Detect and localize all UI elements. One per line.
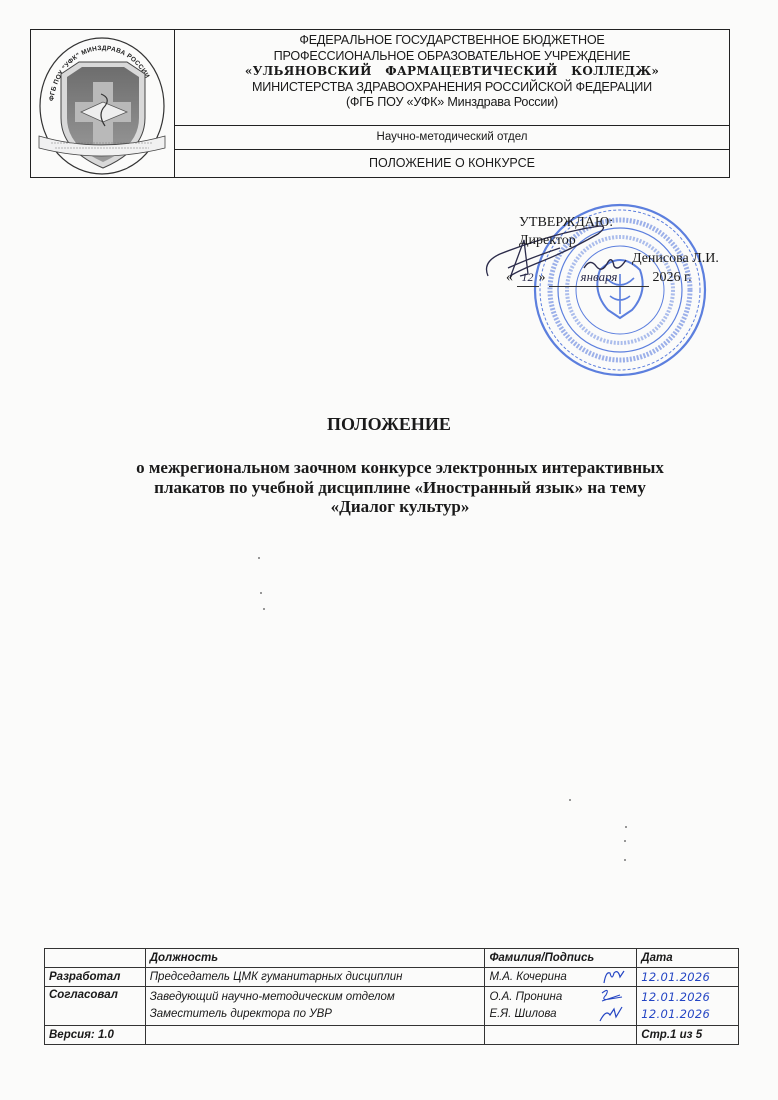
approval-year: 2026 г.: [653, 270, 692, 285]
college-emblem-icon: ФГБ ПОУ "УФК" МИНЗДРАВА РОССИИ: [31, 30, 173, 177]
row-date: 12.01.2026 12.01.2026: [637, 987, 739, 1026]
organization-name: ФЕДЕРАЛЬНОЕ ГОСУДАРСТВЕННОЕ БЮДЖЕТНОЕ ПР…: [175, 30, 729, 126]
column-header-date: Дата: [637, 949, 739, 968]
org-short-name: (ФГБ ПОУ «УФК» Минздрава России): [175, 95, 729, 111]
table-header-row: Должность Фамилия/Подпись Дата: [45, 949, 739, 968]
approval-sheet-table: Должность Фамилия/Подпись Дата Разработа…: [44, 948, 739, 1045]
document-title: ПОЛОЖЕНИЕ: [0, 414, 778, 435]
signature-icon: [596, 987, 628, 1023]
department-name: Научно-методический отдел: [175, 126, 729, 150]
subtitle-line-1: о межрегиональном заочном конкурсе элект…: [40, 458, 760, 478]
row-name: О.А. Пронина Е.Я. Шилова: [485, 987, 637, 1026]
approval-month: января: [549, 268, 649, 287]
scan-speck: [624, 859, 626, 861]
org-line-2: ПРОФЕССИОНАЛЬНОЕ ОБРАЗОВАТЕЛЬНОЕ УЧРЕЖДЕ…: [175, 49, 729, 65]
table-footer-row: Версия: 1.0 Стр.1 из 5: [45, 1026, 739, 1045]
approval-block: УТВЕРЖДАЮ: Директор Денисова Л.И. « 12» …: [519, 214, 719, 287]
approver-position: Директор: [519, 232, 719, 250]
scan-speck: [625, 826, 627, 828]
approver-name: Денисова Л.И.: [519, 250, 719, 268]
table-row: Согласовал Заведующий научно-методически…: [45, 987, 739, 1026]
document-header-table: ФГБ ПОУ "УФК" МИНЗДРАВА РОССИИ ФЕДЕРАЛЬН…: [30, 29, 730, 178]
column-header-position: Должность: [145, 949, 485, 968]
table-row: Разработал Председатель ЦМК гуманитарных…: [45, 968, 739, 987]
scan-speck: [624, 840, 626, 842]
logo-cell: ФГБ ПОУ "УФК" МИНЗДРАВА РОССИИ: [31, 30, 175, 177]
approval-label: УТВЕРЖДАЮ:: [519, 214, 719, 232]
org-line-4: МИНИСТЕРСТВА ЗДРАВООХРАНЕНИЯ РОССИЙСКОЙ …: [175, 80, 729, 96]
scan-speck: [258, 557, 260, 559]
approval-date: « 12» января 2026 г.: [506, 268, 719, 287]
version-label: Версия: 1.0: [45, 1026, 146, 1045]
scan-speck: [569, 799, 571, 801]
org-line-1: ФЕДЕРАЛЬНОЕ ГОСУДАРСТВЕННОЕ БЮДЖЕТНОЕ: [175, 33, 729, 49]
subtitle-line-3: «Диалог культур»: [40, 497, 760, 517]
row-role: Разработал: [45, 968, 146, 987]
row-name: М.А. Кочерина: [485, 968, 637, 987]
row-role: Согласовал: [45, 987, 146, 1026]
approval-day: 12: [517, 268, 539, 287]
row-position: Председатель ЦМК гуманитарных дисциплин: [145, 968, 485, 987]
scan-speck: [260, 592, 262, 594]
document-type: ПОЛОЖЕНИЕ О КОНКУРСЕ: [175, 150, 729, 177]
document-subtitle: о межрегиональном заочном конкурсе элект…: [40, 458, 760, 517]
page-number: Стр.1 из 5: [637, 1026, 739, 1045]
subtitle-line-2: плакатов по учебной дисциплине «Иностран…: [40, 478, 760, 498]
row-position: Заведующий научно-методическим отделом З…: [145, 987, 485, 1026]
scan-speck: [263, 608, 265, 610]
signature-icon: [600, 969, 628, 985]
row-date: 12.01.2026: [637, 968, 739, 987]
college-name: «УЛЬЯНОВСКИЙ ФАРМАЦЕВТИЧЕСКИЙ КОЛЛЕДЖ»: [175, 64, 729, 80]
column-header-name-signature: Фамилия/Подпись: [485, 949, 637, 968]
